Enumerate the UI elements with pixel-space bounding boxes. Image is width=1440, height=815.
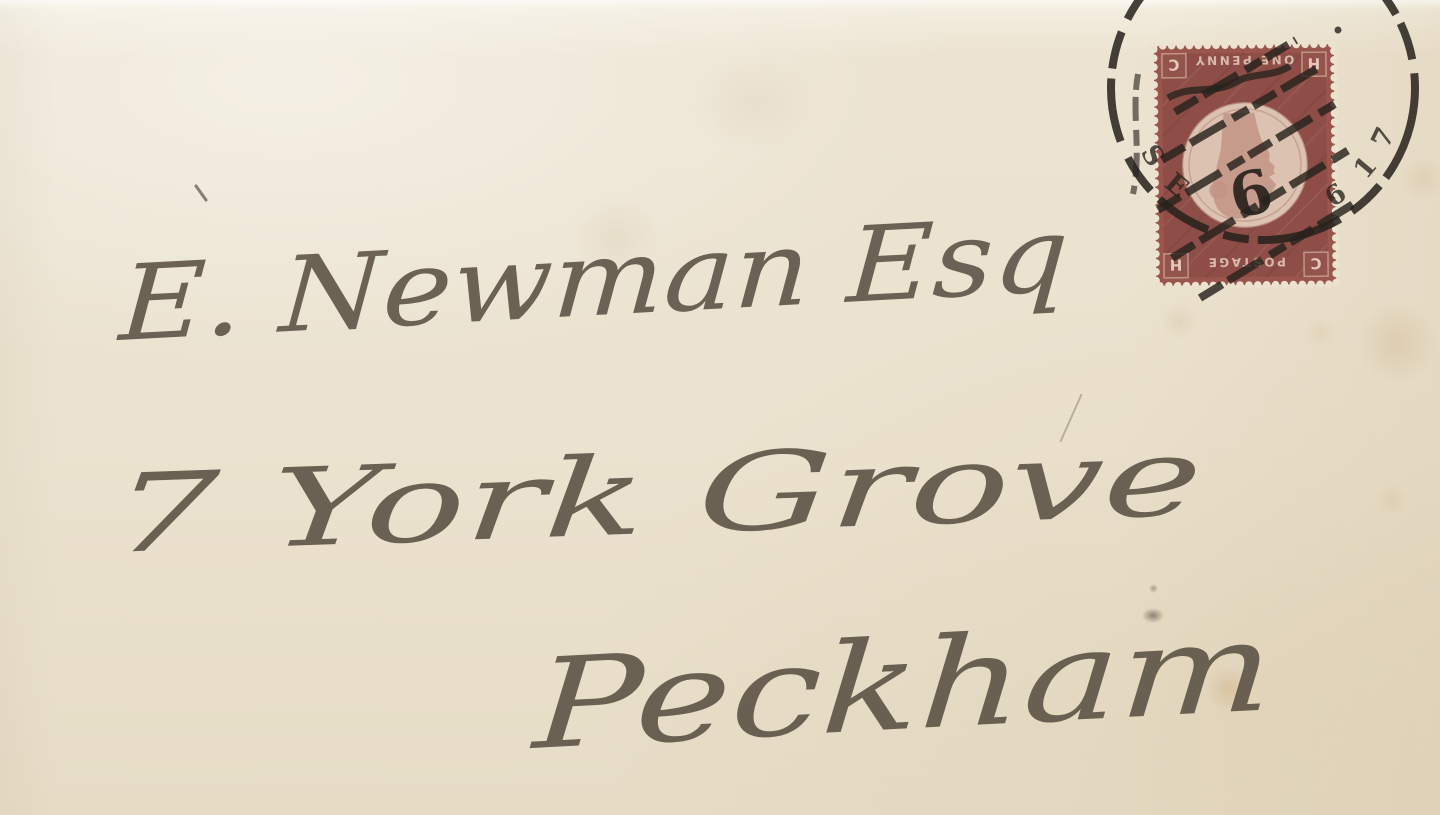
stray-ink-mark bbox=[196, 186, 206, 200]
address-line-3: Peckham bbox=[528, 595, 1277, 778]
postmark-ink-dot bbox=[1335, 27, 1342, 34]
postmark-left-wavy-mark bbox=[1133, 74, 1138, 194]
address-block: E. Newman Esq 7 York Grove Peckham bbox=[108, 186, 1277, 778]
stamp-corner-letter-br: C bbox=[1168, 56, 1179, 74]
envelope-artwork: E. Newman Esq 7 York Grove Peckham POSTA… bbox=[0, 0, 1440, 815]
stamp-one-penny-text: ONE PENNY bbox=[1193, 52, 1294, 67]
address-line-1: E. Newman Esq bbox=[114, 193, 1071, 365]
postmark-rim-mark: 7 bbox=[1365, 123, 1401, 153]
postmark-rim-mark: 1 bbox=[1348, 151, 1384, 185]
stamp-corner-letter-tl: C bbox=[1310, 254, 1321, 272]
address-line-2: 7 York Grove bbox=[108, 413, 1206, 578]
envelope-scan: E. Newman Esq 7 York Grove Peckham POSTA… bbox=[0, 0, 1440, 815]
